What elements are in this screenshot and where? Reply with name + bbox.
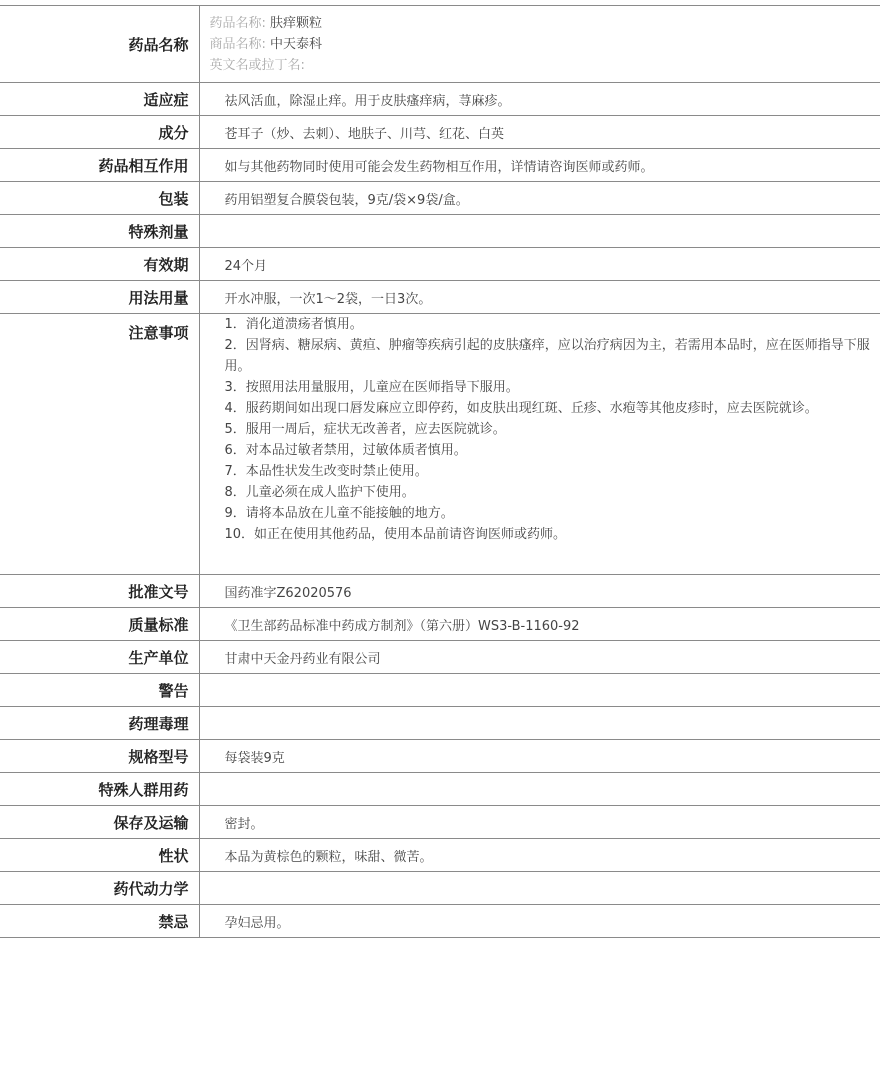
row-value: 甘肃中天金丹药业有限公司 [199, 641, 880, 674]
row-label: 注意事项 [0, 314, 199, 575]
row-label: 用法用量 [0, 281, 199, 314]
precautions-list: 1．消化道溃疡者慎用。 2．因肾病、糖尿病、黄疸、肿瘤等疾病引起的皮肤瘙痒，应以… [199, 314, 880, 575]
table-row-drug-name: 药品名称 药品名称: 肤痒颗粒 商品名称: 中天泰科 英文名或拉丁名: [0, 6, 880, 83]
generic-name-key: 药品名称: [210, 16, 266, 31]
table-row-interactions: 药品相互作用 如与其他药物同时使用可能会发生药物相互作用，详情请咨询医师或药师。 [0, 149, 880, 182]
row-value: 如与其他药物同时使用可能会发生药物相互作用，详情请咨询医师或药师。 [199, 149, 880, 182]
row-label: 药品名称 [0, 6, 199, 83]
precaution-item: 5．服用一周后，症状无改善者，应去医院就诊。 [225, 419, 880, 440]
row-value: 密封。 [199, 806, 880, 839]
row-value [199, 674, 880, 707]
table-row-packaging: 包装 药用铝塑复合膜袋包装，9克/袋×9袋/盒。 [0, 182, 880, 215]
row-label: 批准文号 [0, 575, 199, 608]
table-row-shelf-life: 有效期 24个月 [0, 248, 880, 281]
row-label: 药理毒理 [0, 707, 199, 740]
drug-info-table: 药品名称 药品名称: 肤痒颗粒 商品名称: 中天泰科 英文名或拉丁名: 适应症 … [0, 5, 880, 938]
row-label: 生产单位 [0, 641, 199, 674]
row-label: 药代动力学 [0, 872, 199, 905]
row-value: 开水冲服，一次1～2袋，一日3次。 [199, 281, 880, 314]
table-row-storage: 保存及运输 密封。 [0, 806, 880, 839]
table-row-approval-number: 批准文号 国药准字Z62020576 [0, 575, 880, 608]
precaution-item: 6．对本品过敏者禁用，过敏体质者慎用。 [225, 440, 880, 461]
row-label: 质量标准 [0, 608, 199, 641]
trade-name-value: 中天泰科 [270, 37, 322, 52]
row-value: 本品为黄棕色的颗粒，味甜、微苦。 [199, 839, 880, 872]
row-label: 性状 [0, 839, 199, 872]
row-label: 适应症 [0, 83, 199, 116]
row-value: 《卫生部药品标准中药成方制剂》（第六册）WS3-B-1160-92 [199, 608, 880, 641]
precaution-item: 9．请将本品放在儿童不能接触的地方。 [225, 503, 880, 524]
table-row-ingredients: 成分 苍耳子（炒、去刺）、地肤子、川芎、红花、白英 [0, 116, 880, 149]
table-row-pharmacokinetics: 药代动力学 [0, 872, 880, 905]
row-label: 药品相互作用 [0, 149, 199, 182]
table-row-contraindications: 禁忌 孕妇忌用。 [0, 905, 880, 938]
row-label: 特殊人群用药 [0, 773, 199, 806]
table-row-pharmacology: 药理毒理 [0, 707, 880, 740]
row-value [199, 773, 880, 806]
row-label: 保存及运输 [0, 806, 199, 839]
english-name-key: 英文名或拉丁名: [210, 58, 305, 73]
precaution-item: 4．服药期间如出现口唇发麻应立即停药，如皮肤出现红斑、丘疹、水疱等其他皮疹时，应… [225, 398, 880, 419]
precaution-item: 2．因肾病、糖尿病、黄疸、肿瘤等疾病引起的皮肤瘙痒，应以治疗病因为主，若需用本品… [225, 335, 880, 377]
table-row-quality-standard: 质量标准 《卫生部药品标准中药成方制剂》（第六册）WS3-B-1160-92 [0, 608, 880, 641]
table-row-description: 性状 本品为黄棕色的颗粒，味甜、微苦。 [0, 839, 880, 872]
precaution-item: 3．按照用法用量服用，儿童应在医师指导下服用。 [225, 377, 880, 398]
row-value [199, 707, 880, 740]
trade-name-key: 商品名称: [210, 37, 266, 52]
table-row-special-populations: 特殊人群用药 [0, 773, 880, 806]
row-label: 有效期 [0, 248, 199, 281]
table-row-dosage: 用法用量 开水冲服，一次1～2袋，一日3次。 [0, 281, 880, 314]
row-label: 成分 [0, 116, 199, 149]
row-value: 孕妇忌用。 [199, 905, 880, 938]
table-row-precautions: 注意事项 1．消化道溃疡者慎用。 2．因肾病、糖尿病、黄疸、肿瘤等疾病引起的皮肤… [0, 314, 880, 575]
precaution-item: 7．本品性状发生改变时禁止使用。 [225, 461, 880, 482]
precaution-item: 8．儿童必须在成人监护下使用。 [225, 482, 880, 503]
table-row-special-dosage: 特殊剂量 [0, 215, 880, 248]
drug-name-cell: 药品名称: 肤痒颗粒 商品名称: 中天泰科 英文名或拉丁名: [199, 6, 880, 83]
row-label: 警告 [0, 674, 199, 707]
table-row-warning: 警告 [0, 674, 880, 707]
row-value: 24个月 [199, 248, 880, 281]
precaution-item: 10．如正在使用其他药品，使用本品前请咨询医师或药师。 [225, 524, 880, 545]
table-row-indications: 适应症 祛风活血，除湿止痒。用于皮肤瘙痒病，荨麻疹。 [0, 83, 880, 116]
row-value: 每袋装9克 [199, 740, 880, 773]
row-label: 包装 [0, 182, 199, 215]
table-row-specification: 规格型号 每袋装9克 [0, 740, 880, 773]
precaution-item: 1．消化道溃疡者慎用。 [225, 314, 880, 335]
row-value [199, 215, 880, 248]
row-label: 规格型号 [0, 740, 199, 773]
table-row-manufacturer: 生产单位 甘肃中天金丹药业有限公司 [0, 641, 880, 674]
row-value [199, 872, 880, 905]
row-value: 苍耳子（炒、去刺）、地肤子、川芎、红花、白英 [199, 116, 880, 149]
generic-name-value: 肤痒颗粒 [270, 16, 322, 31]
row-value: 药用铝塑复合膜袋包装，9克/袋×9袋/盒。 [199, 182, 880, 215]
row-label: 特殊剂量 [0, 215, 199, 248]
row-value: 祛风活血，除湿止痒。用于皮肤瘙痒病，荨麻疹。 [199, 83, 880, 116]
row-value: 国药准字Z62020576 [199, 575, 880, 608]
row-label: 禁忌 [0, 905, 199, 938]
